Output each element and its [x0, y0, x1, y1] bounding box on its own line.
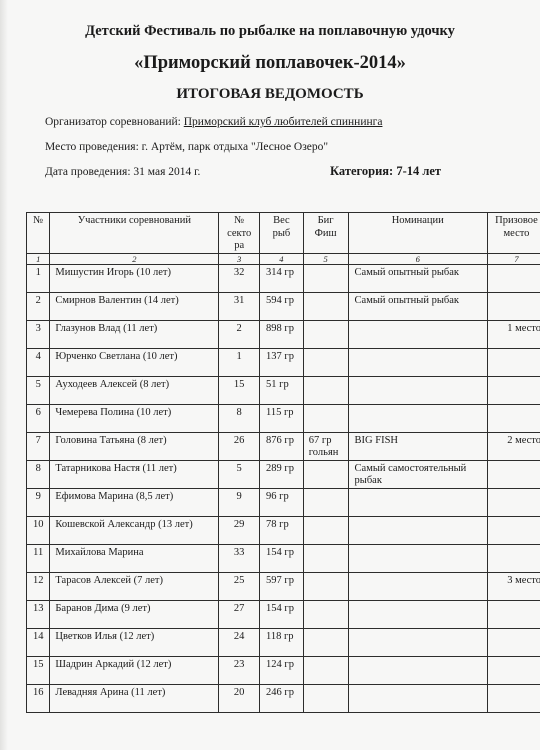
fish-weight-cell: 289 гр	[260, 460, 304, 488]
row-number-cell: 12	[27, 572, 50, 600]
sector-number-cell: 9	[219, 488, 260, 516]
nomination-cell	[348, 572, 487, 600]
table-row: 6Чемерева Полина (10 лет)8115 гр	[27, 404, 540, 432]
big-fish-cell	[303, 656, 348, 684]
prize-place-cell	[487, 348, 540, 376]
row-number-cell: 6	[27, 404, 50, 432]
fish-weight-cell: 115 гр	[260, 404, 304, 432]
fish-weight-cell: 154 гр	[260, 544, 304, 572]
header-bigfish: Биг Фиш	[303, 213, 348, 254]
sector-number-cell: 29	[219, 516, 260, 544]
table-row: 12Тарасов Алексей (7 лет)25597 гр3 место	[27, 572, 540, 600]
nomination-cell	[348, 628, 487, 656]
big-fish-cell: 67 гр гольян	[303, 432, 348, 460]
nomination-cell	[348, 320, 487, 348]
header-num: №	[27, 213, 50, 254]
nomination-cell: BIG FISH	[348, 432, 487, 460]
sector-number-cell: 5	[219, 460, 260, 488]
participant-name-cell: Татарникова Настя (11 лет)	[50, 460, 219, 488]
big-fish-cell	[303, 320, 348, 348]
big-fish-cell	[303, 572, 348, 600]
sector-number-cell: 20	[219, 684, 260, 712]
nomination-cell	[348, 516, 487, 544]
sector-number-cell: 25	[219, 572, 260, 600]
venue-line: Место проведения: г. Артём, парк отдыха …	[45, 141, 328, 153]
sector-number-cell: 31	[219, 292, 260, 320]
fish-weight-cell: 137 гр	[260, 348, 304, 376]
festival-title: Детский Фестиваль по рыбалке на поплавоч…	[0, 23, 540, 40]
nomination-cell	[348, 488, 487, 516]
nomination-cell: Самый опытный рыбак	[348, 292, 487, 320]
table-row: 10Кошевской Александр (13 лет)2978 гр	[27, 516, 540, 544]
row-number-cell: 15	[27, 656, 50, 684]
big-fish-cell	[303, 600, 348, 628]
organizer-line: Организатор соревнований: Приморский клу…	[45, 116, 382, 128]
row-number-cell: 16	[27, 684, 50, 712]
participant-name-cell: Юрченко Светлана (10 лет)	[50, 348, 219, 376]
fish-weight-cell: 51 гр	[260, 376, 304, 404]
participant-name-cell: Мишустин Игорь (10 лет)	[50, 264, 219, 292]
column-index-cell: 7	[487, 253, 540, 264]
table-row: 3Глазунов Влад (11 лет)2898 гр1 место	[27, 320, 540, 348]
participant-name-cell: Цветков Илья (12 лет)	[50, 628, 219, 656]
sector-number-cell: 2	[219, 320, 260, 348]
fish-weight-cell: 898 гр	[260, 320, 304, 348]
prize-place-cell	[487, 516, 540, 544]
prize-place-cell: 2 место	[487, 432, 540, 460]
sector-number-cell: 15	[219, 376, 260, 404]
fish-weight-cell: 597 гр	[260, 572, 304, 600]
row-number-cell: 14	[27, 628, 50, 656]
fish-weight-cell: 96 гр	[260, 488, 304, 516]
big-fish-cell	[303, 404, 348, 432]
column-index-cell: 5	[303, 253, 348, 264]
nomination-cell	[348, 600, 487, 628]
table-row: 13Баранов Дима (9 лет)27154 гр	[27, 600, 540, 628]
table-row: 16Левадняя Арина (11 лет)20246 гр	[27, 684, 540, 712]
participant-name-cell: Кошевской Александр (13 лет)	[50, 516, 219, 544]
sector-number-cell: 8	[219, 404, 260, 432]
sheet-title: ИТОГОВАЯ ВЕДОМОСТЬ	[0, 86, 540, 103]
fish-weight-cell: 154 гр	[260, 600, 304, 628]
prize-place-cell	[487, 460, 540, 488]
sector-number-cell: 26	[219, 432, 260, 460]
big-fish-cell	[303, 684, 348, 712]
big-fish-cell	[303, 544, 348, 572]
prize-place-cell	[487, 264, 540, 292]
sector-number-cell: 1	[219, 348, 260, 376]
big-fish-cell	[303, 264, 348, 292]
column-index-row: 1234567	[27, 253, 540, 264]
sector-number-cell: 23	[219, 656, 260, 684]
category-label: Категория: 7-14 лет	[330, 164, 441, 179]
prize-place-cell	[487, 488, 540, 516]
row-number-cell: 10	[27, 516, 50, 544]
sector-number-cell: 33	[219, 544, 260, 572]
organizer-value: Приморский клуб любителей спиннинга	[184, 116, 383, 128]
column-index-cell: 1	[27, 253, 50, 264]
header-row: № Участники соревнований № секто ра Вес …	[27, 213, 540, 254]
big-fish-cell	[303, 488, 348, 516]
fish-weight-cell: 124 гр	[260, 656, 304, 684]
row-number-cell: 8	[27, 460, 50, 488]
table-row: 1Мишустин Игорь (10 лет)32314 грСамый оп…	[27, 264, 540, 292]
date-line: Дата проведения: 31 мая 2014 г.	[45, 166, 200, 178]
big-fish-cell	[303, 348, 348, 376]
sector-number-cell: 27	[219, 600, 260, 628]
participant-name-cell: Левадняя Арина (11 лет)	[50, 684, 219, 712]
fish-weight-cell: 118 гр	[260, 628, 304, 656]
prize-place-cell	[487, 628, 540, 656]
prize-place-cell	[487, 292, 540, 320]
nomination-cell	[348, 376, 487, 404]
participant-name-cell: Тарасов Алексей (7 лет)	[50, 572, 219, 600]
nomination-cell: Самый самостоятельный рыбак	[348, 460, 487, 488]
table-row: 11Михайлова Марина33154 гр	[27, 544, 540, 572]
fish-weight-cell: 876 гр	[260, 432, 304, 460]
participant-name-cell: Глазунов Влад (11 лет)	[50, 320, 219, 348]
participant-name-cell: Михайлова Марина	[50, 544, 219, 572]
table-row: 2Смирнов Валентин (14 лет)31594 грСамый …	[27, 292, 540, 320]
column-index-cell: 6	[348, 253, 487, 264]
table-row: 4Юрченко Светлана (10 лет)1137 гр	[27, 348, 540, 376]
row-number-cell: 5	[27, 376, 50, 404]
prize-place-cell	[487, 404, 540, 432]
column-index-cell: 3	[219, 253, 260, 264]
nomination-cell	[348, 684, 487, 712]
prize-place-cell	[487, 656, 540, 684]
big-fish-cell	[303, 376, 348, 404]
row-number-cell: 7	[27, 432, 50, 460]
table-row: 9Ефимова Марина (8,5 лет)996 гр	[27, 488, 540, 516]
nomination-cell	[348, 404, 487, 432]
event-name: «Приморский поплавочек-2014»	[0, 53, 540, 74]
row-number-cell: 1	[27, 264, 50, 292]
prize-place-cell	[487, 684, 540, 712]
participant-name-cell: Ауходеев Алексей (8 лет)	[50, 376, 219, 404]
column-index-cell: 2	[50, 253, 219, 264]
table-row: 5Ауходеев Алексей (8 лет)1551 гр	[27, 376, 540, 404]
big-fish-cell	[303, 628, 348, 656]
sector-number-cell: 32	[219, 264, 260, 292]
header-participants: Участники соревнований	[50, 213, 219, 254]
column-index-cell: 4	[260, 253, 304, 264]
prize-place-cell	[487, 376, 540, 404]
big-fish-cell	[303, 460, 348, 488]
prize-place-cell: 1 место	[487, 320, 540, 348]
header-prize-place: Призовое место	[487, 213, 540, 254]
table-row: 8Татарникова Настя (11 лет)5289 грСамый …	[27, 460, 540, 488]
participant-name-cell: Смирнов Валентин (14 лет)	[50, 292, 219, 320]
header-weight: Вес рыб	[260, 213, 304, 254]
header-nominations: Номинации	[348, 213, 487, 254]
prize-place-cell	[487, 544, 540, 572]
prize-place-cell: 3 место	[487, 572, 540, 600]
participant-name-cell: Шадрин Аркадий (12 лет)	[50, 656, 219, 684]
row-number-cell: 11	[27, 544, 50, 572]
row-number-cell: 9	[27, 488, 50, 516]
nomination-cell	[348, 544, 487, 572]
nomination-cell: Самый опытный рыбак	[348, 264, 487, 292]
participant-name-cell: Головина Татьяна (8 лет)	[50, 432, 219, 460]
header-sector: № секто ра	[219, 213, 260, 254]
participant-name-cell: Ефимова Марина (8,5 лет)	[50, 488, 219, 516]
big-fish-cell	[303, 516, 348, 544]
row-number-cell: 4	[27, 348, 50, 376]
page-shadow	[0, 0, 8, 750]
nomination-cell	[348, 656, 487, 684]
row-number-cell: 2	[27, 292, 50, 320]
big-fish-cell	[303, 292, 348, 320]
row-number-cell: 3	[27, 320, 50, 348]
nomination-cell	[348, 348, 487, 376]
prize-place-cell	[487, 600, 540, 628]
results-table: № Участники соревнований № секто ра Вес …	[26, 212, 540, 713]
fish-weight-cell: 246 гр	[260, 684, 304, 712]
fish-weight-cell: 314 гр	[260, 264, 304, 292]
table-row: 15Шадрин Аркадий (12 лет)23124 гр	[27, 656, 540, 684]
participant-name-cell: Баранов Дима (9 лет)	[50, 600, 219, 628]
fish-weight-cell: 78 гр	[260, 516, 304, 544]
table-row: 14Цветков Илья (12 лет)24118 гр	[27, 628, 540, 656]
organizer-label: Организатор соревнований:	[45, 116, 184, 128]
table-row: 7Головина Татьяна (8 лет)26876 гр67 гр г…	[27, 432, 540, 460]
participant-name-cell: Чемерева Полина (10 лет)	[50, 404, 219, 432]
fish-weight-cell: 594 гр	[260, 292, 304, 320]
sector-number-cell: 24	[219, 628, 260, 656]
row-number-cell: 13	[27, 600, 50, 628]
